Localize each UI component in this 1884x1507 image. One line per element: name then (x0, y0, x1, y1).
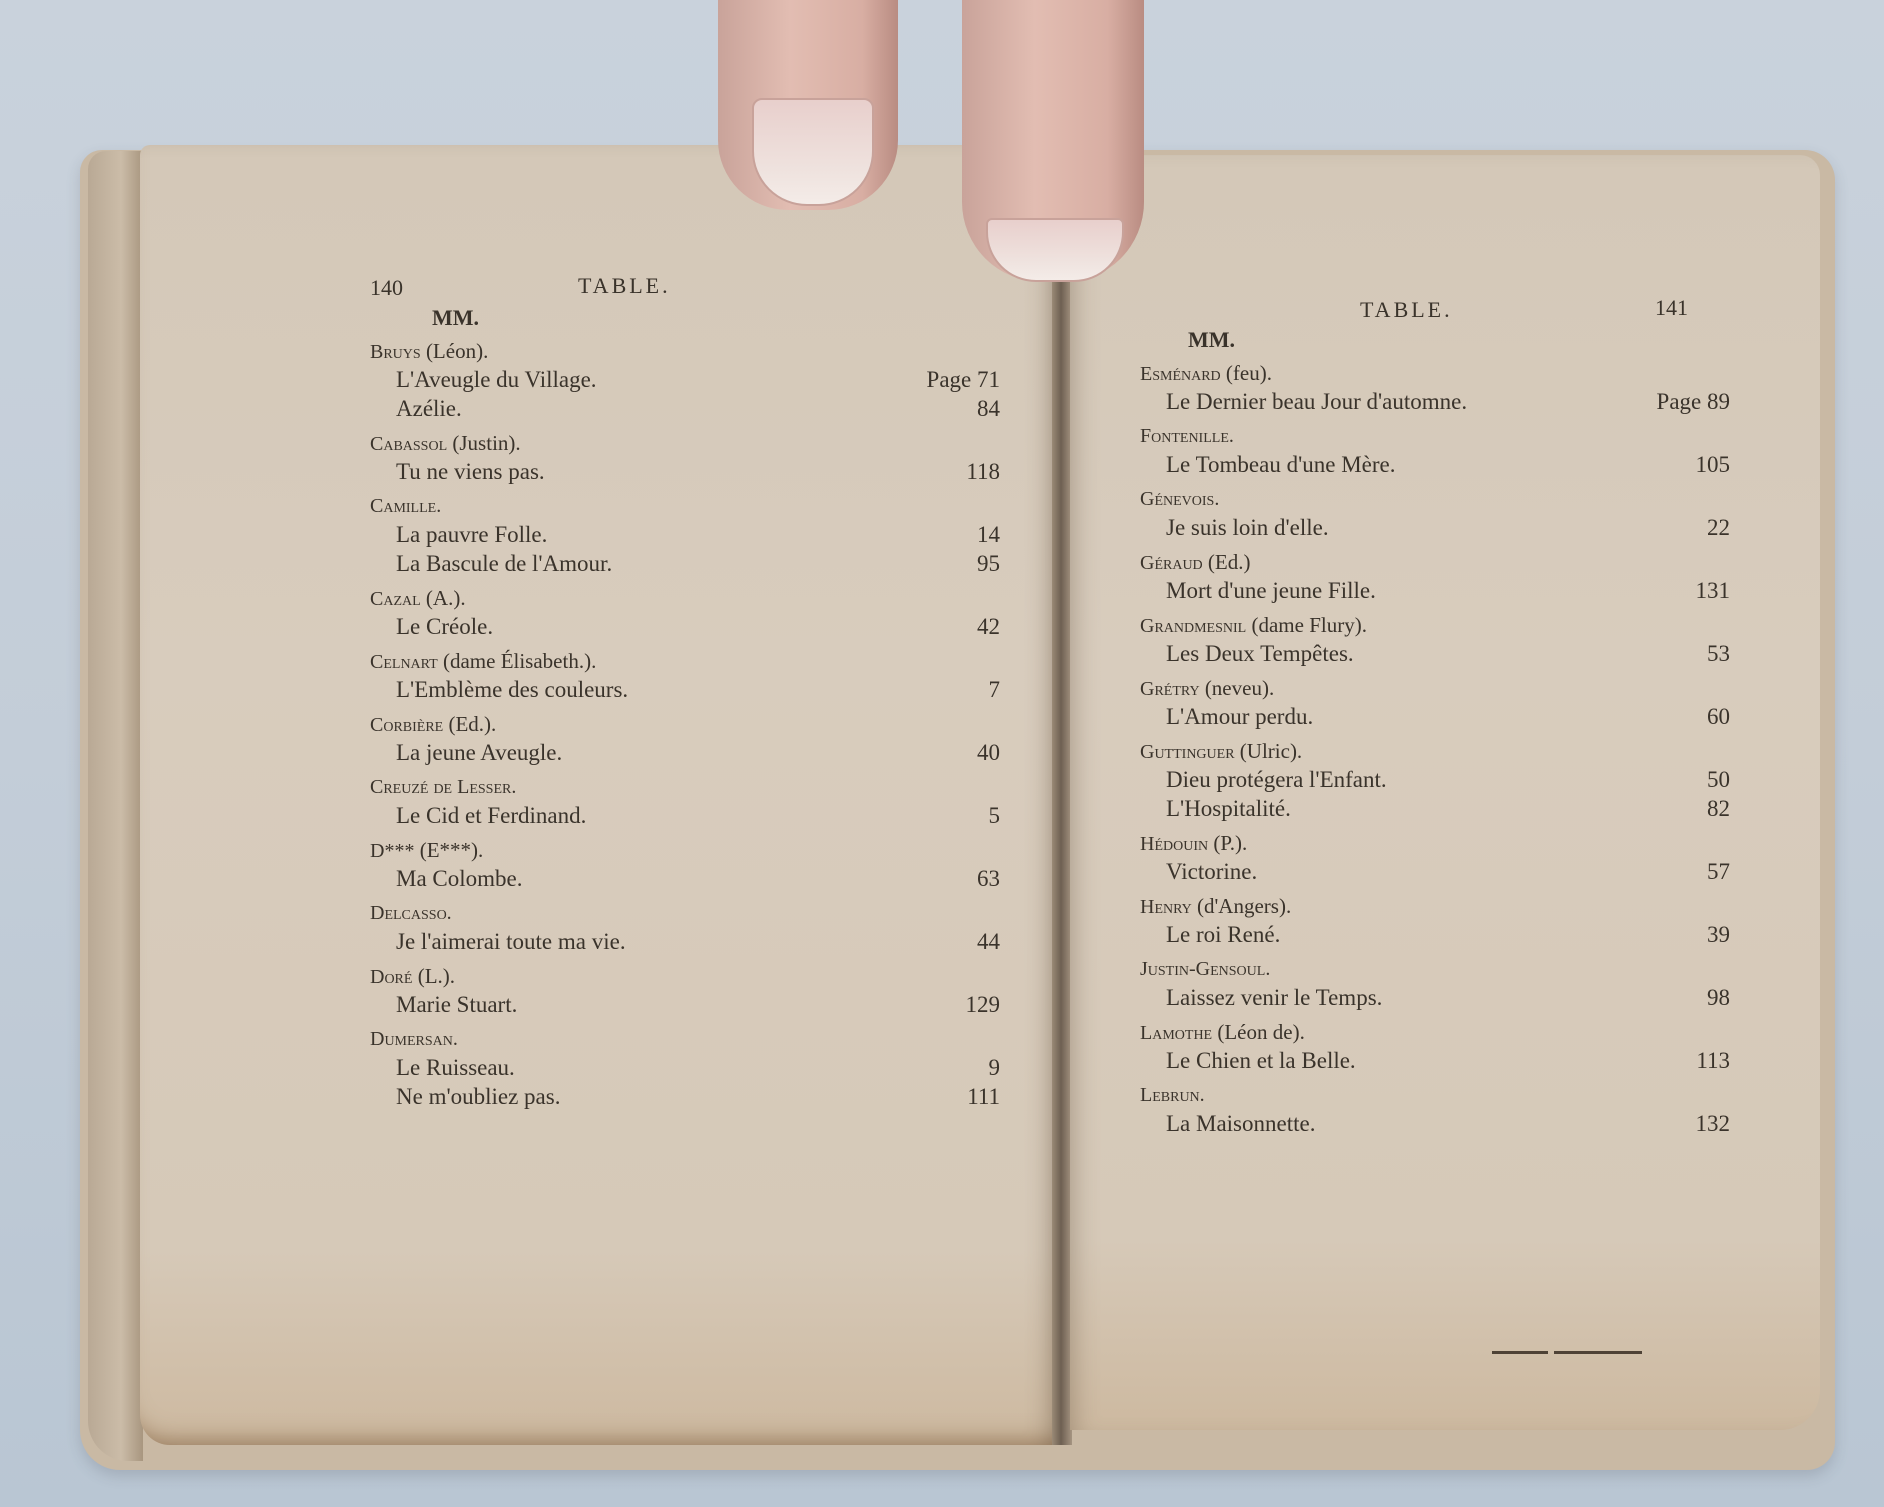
author-surname: Corbière (370, 714, 443, 736)
fingernail (986, 218, 1124, 282)
author-name: Cazal (A.). (370, 584, 1000, 612)
work-entry: Le Cid et Ferdinand.5 (370, 801, 1000, 830)
author-name: Bruys (Léon). (370, 337, 1000, 365)
work-entry: Laissez venir le Temps.98 (1140, 983, 1730, 1012)
author-name: Cabassol (Justin). (370, 429, 1000, 457)
work-entry: Le Chien et la Belle.113 (1140, 1046, 1730, 1075)
author-qualifier: (Léon de). (1212, 1020, 1305, 1044)
work-title: La pauvre Folle. (396, 520, 547, 549)
author-name: Esménard (feu). (1140, 359, 1730, 387)
author-qualifier: (feu). (1221, 361, 1272, 385)
author-name: Celnart (dame Élisabeth.). (370, 647, 1000, 675)
author-name: Grétry (neveu). (1140, 674, 1730, 702)
author-surname: Fontenille. (1140, 425, 1234, 447)
author-name: Génevois. (1140, 485, 1730, 513)
author-name: Guttinguer (Ulric). (1140, 737, 1730, 765)
page-reference: 44 (977, 927, 1000, 956)
author-surname: Creuzé de Lesser. (370, 776, 516, 798)
author-qualifier: (Ed.) (1203, 550, 1251, 574)
page-number: 140 (370, 275, 403, 301)
author-surname: Justin-Gensoul. (1140, 958, 1270, 980)
page-stack-edge (88, 151, 143, 1461)
work-title: Le Ruisseau. (396, 1053, 515, 1082)
work-title: Le Cid et Ferdinand. (396, 801, 586, 830)
author-surname: Delcasso. (370, 902, 452, 924)
page-reference: Page 71 (927, 365, 1000, 394)
author-name: Camille. (370, 492, 1000, 520)
page-reference: 53 (1707, 639, 1730, 668)
page-reference: 9 (989, 1053, 1001, 1082)
author-surname: Hédouin (1140, 833, 1208, 855)
author-qualifier: (E***). (414, 838, 483, 862)
left-page: 140 TABLE. MM. Bruys (Léon).L'Aveugle du… (140, 145, 1055, 1445)
author-name: Lamothe (Léon de). (1140, 1018, 1730, 1046)
work-entry: Le Dernier beau Jour d'automne.Page 89 (1140, 387, 1730, 416)
work-title: L'Aveugle du Village. (396, 365, 597, 394)
footer-rule (1492, 1351, 1548, 1354)
author-name: Doré (L.). (370, 962, 1000, 990)
page-reference: 105 (1696, 450, 1731, 479)
author-qualifier: (Justin). (447, 431, 521, 455)
author-surname: Esménard (1140, 363, 1221, 385)
author-name: Fontenille. (1140, 422, 1730, 450)
author-surname: Celnart (370, 651, 438, 673)
author-name: Justin-Gensoul. (1140, 955, 1730, 983)
page-reference: 5 (989, 801, 1001, 830)
author-surname: Camille. (370, 495, 441, 517)
page-reference: 132 (1696, 1109, 1731, 1138)
work-title: Je suis loin d'elle. (1166, 513, 1329, 542)
author-qualifier: (L.). (412, 964, 455, 988)
page-reference: 98 (1707, 983, 1730, 1012)
work-entry: Ma Colombe.63 (370, 864, 1000, 893)
work-entry: Victorine.57 (1140, 857, 1730, 886)
right-page: TABLE. 141 MM. Esménard (feu).Le Dernier… (1070, 155, 1820, 1430)
work-title: Le Créole. (396, 612, 493, 641)
work-entry: Le roi René.39 (1140, 920, 1730, 949)
work-title: Les Deux Tempêtes. (1166, 639, 1354, 668)
work-title: Tu ne viens pas. (396, 457, 545, 486)
page-header: TABLE. (1360, 297, 1453, 323)
author-qualifier: (P.). (1208, 831, 1247, 855)
open-book: 140 TABLE. MM. Bruys (Léon).L'Aveugle du… (80, 145, 1835, 1475)
work-title: La jeune Aveugle. (396, 738, 562, 767)
page-reference: Page 89 (1657, 387, 1730, 416)
page-reference: 131 (1696, 576, 1731, 605)
work-entry: La Bascule de l'Amour.95 (370, 549, 1000, 578)
page-reference: 14 (977, 520, 1000, 549)
work-entry: Le Ruisseau.9 (370, 1053, 1000, 1082)
work-entry: Les Deux Tempêtes.53 (1140, 639, 1730, 668)
author-qualifier: (neveu). (1200, 676, 1275, 700)
page-reference: 60 (1707, 702, 1730, 731)
work-title: Marie Stuart. (396, 990, 517, 1019)
author-name: Henry (d'Angers). (1140, 892, 1730, 920)
work-title: Mort d'une jeune Fille. (1166, 576, 1376, 605)
work-title: La Maisonnette. (1166, 1109, 1315, 1138)
work-title: Azélie. (396, 394, 462, 423)
work-entry: Tu ne viens pas.118 (370, 457, 1000, 486)
author-surname: Géraud (1140, 552, 1203, 574)
page-reference: 7 (989, 675, 1001, 704)
work-entry: Azélie.84 (370, 394, 1000, 423)
footer-rule (1554, 1351, 1642, 1354)
author-name: Géraud (Ed.) (1140, 548, 1730, 576)
page-reference: 95 (977, 549, 1000, 578)
author-qualifier: (dame Flury). (1246, 613, 1367, 637)
finger-left (718, 0, 898, 210)
work-title: L'Hospitalité. (1166, 794, 1291, 823)
work-entry: Marie Stuart.129 (370, 990, 1000, 1019)
author-name: Corbière (Ed.). (370, 710, 1000, 738)
author-surname: Dumersan. (370, 1028, 458, 1050)
index-list: Bruys (Léon).L'Aveugle du Village.Page 7… (370, 331, 1000, 1111)
page-reference: 129 (966, 990, 1001, 1019)
author-surname: Doré (370, 966, 412, 988)
author-surname: Lamothe (1140, 1022, 1212, 1044)
author-qualifier: (dame Élisabeth.). (438, 649, 597, 673)
work-entry: Je suis loin d'elle.22 (1140, 513, 1730, 542)
work-entry: La pauvre Folle.14 (370, 520, 1000, 549)
work-title: Le Tombeau d'une Mère. (1166, 450, 1395, 479)
page-reference: 111 (967, 1082, 1000, 1111)
author-surname: Guttinguer (1140, 741, 1235, 763)
author-surname: Grandmesnil (1140, 615, 1246, 637)
work-title: Le roi René. (1166, 920, 1280, 949)
section-label: MM. (432, 305, 479, 331)
page-number: 141 (1655, 295, 1688, 321)
page-reference: 63 (977, 864, 1000, 893)
work-entry: Je l'aimerai toute ma vie.44 (370, 927, 1000, 956)
page-reference: 82 (1707, 794, 1730, 823)
page-header: TABLE. (578, 273, 671, 299)
work-entry: Le Tombeau d'une Mère.105 (1140, 450, 1730, 479)
page-reference: 57 (1707, 857, 1730, 886)
author-surname: Grétry (1140, 678, 1200, 700)
page-reference: 40 (977, 738, 1000, 767)
work-title: Ma Colombe. (396, 864, 523, 893)
work-entry: La jeune Aveugle.40 (370, 738, 1000, 767)
work-title: Le Chien et la Belle. (1166, 1046, 1356, 1075)
author-name: Grandmesnil (dame Flury). (1140, 611, 1730, 639)
page-reference: 118 (966, 457, 1000, 486)
page-reference: 113 (1696, 1046, 1730, 1075)
author-qualifier: (Ulric). (1235, 739, 1303, 763)
work-title: Victorine. (1166, 857, 1257, 886)
work-entry: Le Créole.42 (370, 612, 1000, 641)
author-surname: Cabassol (370, 433, 447, 455)
author-name: Hédouin (P.). (1140, 829, 1730, 857)
fingernail (752, 98, 874, 206)
work-title: L'Amour perdu. (1166, 702, 1313, 731)
work-title: La Bascule de l'Amour. (396, 549, 612, 578)
book-gutter (1052, 155, 1072, 1445)
author-surname: Henry (1140, 896, 1192, 918)
work-title: L'Emblème des couleurs. (396, 675, 628, 704)
work-title: Dieu protégera l'Enfant. (1166, 765, 1387, 794)
work-entry: L'Amour perdu.60 (1140, 702, 1730, 731)
author-name: Creuzé de Lesser. (370, 773, 1000, 801)
work-entry: Dieu protégera l'Enfant.50 (1140, 765, 1730, 794)
page-reference: 84 (977, 394, 1000, 423)
work-entry: L'Aveugle du Village.Page 71 (370, 365, 1000, 394)
work-title: Laissez venir le Temps. (1166, 983, 1382, 1012)
work-entry: Ne m'oubliez pas.111 (370, 1082, 1000, 1111)
page-reference: 39 (1707, 920, 1730, 949)
work-entry: L'Hospitalité.82 (1140, 794, 1730, 823)
author-surname: Lebrun. (1140, 1084, 1205, 1106)
work-title: Le Dernier beau Jour d'automne. (1166, 387, 1467, 416)
author-name: D*** (E***). (370, 836, 1000, 864)
author-qualifier: (Ed.). (443, 712, 496, 736)
author-surname: Génevois. (1140, 488, 1219, 510)
author-name: Lebrun. (1140, 1081, 1730, 1109)
finger-right (962, 0, 1144, 282)
page-reference: 22 (1707, 513, 1730, 542)
work-entry: La Maisonnette.132 (1140, 1109, 1730, 1138)
section-label: MM. (1188, 327, 1235, 353)
work-title: Je l'aimerai toute ma vie. (396, 927, 626, 956)
work-title: Ne m'oubliez pas. (396, 1082, 560, 1111)
index-list: Esménard (feu).Le Dernier beau Jour d'au… (1140, 353, 1730, 1138)
author-surname: D*** (370, 840, 414, 862)
author-qualifier: (d'Angers). (1192, 894, 1291, 918)
author-surname: Bruys (370, 341, 421, 363)
work-entry: Mort d'une jeune Fille.131 (1140, 576, 1730, 605)
author-qualifier: (A.). (421, 586, 466, 610)
page-reference: 42 (977, 612, 1000, 641)
page-reference: 50 (1707, 765, 1730, 794)
work-entry: L'Emblème des couleurs.7 (370, 675, 1000, 704)
author-name: Dumersan. (370, 1025, 1000, 1053)
author-name: Delcasso. (370, 899, 1000, 927)
author-qualifier: (Léon). (421, 339, 489, 363)
author-surname: Cazal (370, 588, 421, 610)
